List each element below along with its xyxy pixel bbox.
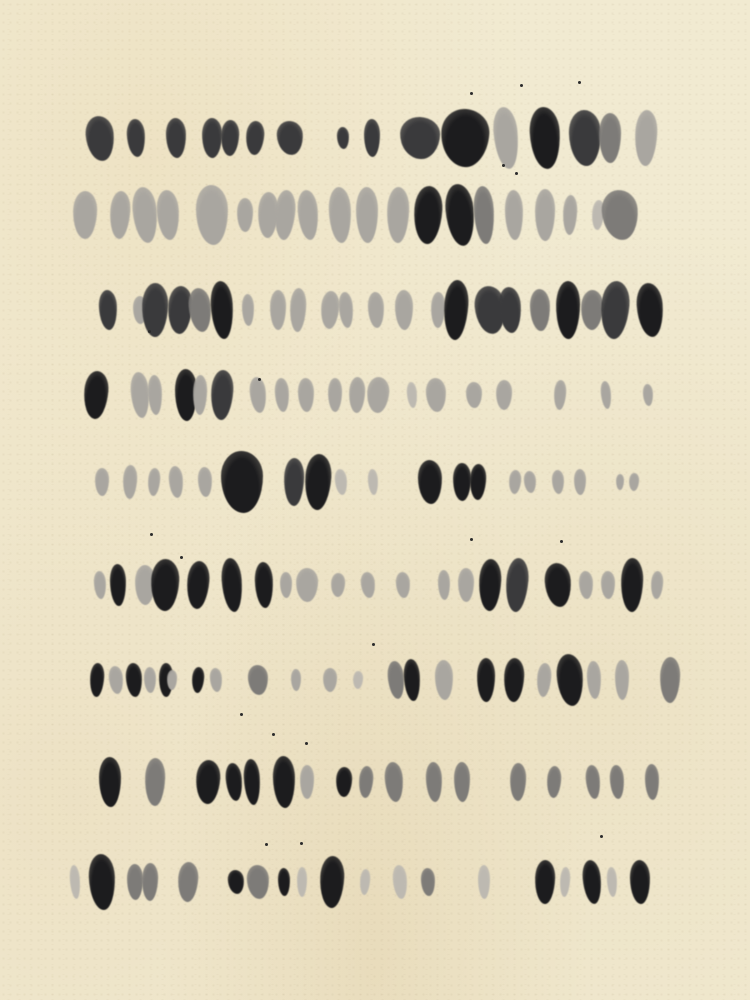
ink-dab — [283, 458, 305, 507]
ink-dab — [442, 279, 470, 341]
ink-speck — [520, 84, 523, 87]
ink-dab — [110, 564, 127, 606]
ink-speck — [372, 643, 375, 646]
ink-dab — [356, 187, 378, 243]
ink-dab — [337, 127, 350, 149]
ink-dab — [95, 468, 109, 496]
ink-row-4 — [0, 395, 750, 396]
ink-dab — [620, 558, 644, 613]
ink-dab — [209, 280, 234, 339]
ink-dab — [328, 378, 343, 412]
ink-dab — [569, 110, 602, 167]
ink-dab — [220, 557, 244, 612]
ink-dab — [144, 758, 166, 807]
ink-dab — [192, 375, 207, 415]
ink-dab — [273, 189, 297, 241]
ink-dab — [126, 119, 146, 158]
ink-dab — [88, 854, 116, 911]
ink-dab — [635, 282, 665, 338]
ink-dab — [367, 292, 384, 329]
ink-speck — [258, 378, 261, 381]
ink-dab — [108, 665, 124, 694]
ink-dab — [386, 660, 405, 699]
ink-speck — [148, 330, 151, 333]
ink-dab — [466, 382, 482, 408]
ink-dab — [634, 109, 659, 166]
ink-dab — [478, 865, 490, 899]
ink-speck — [180, 556, 183, 559]
ink-row-6 — [0, 585, 750, 586]
ink-dab — [270, 290, 287, 330]
ink-dab — [478, 558, 503, 611]
ink-dab — [536, 662, 553, 697]
ink-dab — [454, 762, 470, 802]
ink-dab — [69, 865, 81, 900]
ink-dab — [546, 766, 562, 799]
ink-speck — [600, 835, 603, 838]
ink-dab — [421, 868, 436, 896]
ink-dab — [127, 864, 143, 900]
ink-dab — [334, 469, 348, 496]
ink-row-1 — [0, 138, 750, 139]
ink-dab — [194, 759, 221, 805]
ink-dab — [645, 764, 660, 800]
ink-dab — [237, 198, 254, 232]
ink-dab — [296, 189, 319, 240]
ink-speck — [265, 843, 268, 846]
ink-dab — [458, 568, 475, 602]
ink-dab — [586, 661, 601, 699]
ink-dab — [187, 287, 213, 333]
ink-speck — [150, 533, 153, 536]
ink-dab — [72, 191, 98, 240]
ink-dab — [600, 189, 639, 241]
ink-dab — [581, 859, 603, 904]
ink-dab — [185, 560, 211, 610]
ink-dab — [562, 195, 578, 236]
ink-dab — [131, 186, 160, 244]
ink-dab — [367, 469, 378, 495]
ink-dab — [197, 467, 212, 497]
ink-dab — [245, 120, 266, 155]
ink-dab — [280, 572, 292, 598]
ink-dab — [574, 469, 586, 495]
ink-dab — [528, 106, 561, 169]
ink-dab — [505, 190, 524, 240]
ink-dab — [166, 118, 187, 158]
ink-row-3 — [0, 310, 750, 311]
ink-dab — [358, 765, 375, 798]
ink-dab — [509, 763, 526, 802]
ink-speck — [502, 164, 505, 167]
ink-speck — [560, 540, 563, 543]
ink-dab — [303, 453, 333, 511]
ink-dab — [503, 658, 525, 703]
ink-dab — [144, 667, 156, 693]
ink-dab — [364, 119, 380, 157]
ink-dab — [439, 107, 491, 168]
ink-row-2 — [0, 215, 750, 216]
ink-dab — [247, 665, 268, 696]
ink-dab — [156, 189, 181, 240]
ink-dab — [274, 378, 290, 413]
ink-dab — [601, 571, 615, 599]
ink-dab — [195, 185, 228, 246]
ink-dab — [166, 670, 177, 690]
ink-dab — [392, 865, 408, 900]
ink-dab — [122, 465, 138, 500]
ink-dab — [508, 470, 522, 495]
ink-dab — [84, 114, 116, 161]
ink-dab — [147, 468, 161, 497]
ink-dab — [616, 474, 625, 490]
ink-dab — [365, 376, 390, 414]
ink-dab — [435, 660, 454, 700]
ink-dab — [150, 558, 181, 611]
ink-dab — [399, 116, 440, 159]
ink-dab — [141, 283, 169, 338]
ink-dab — [425, 762, 442, 803]
ink-dab — [273, 756, 296, 808]
ink-dab — [395, 572, 410, 599]
ink-dab — [615, 660, 629, 700]
ink-dab — [141, 863, 158, 902]
ink-dab — [650, 571, 664, 600]
ink-dab — [168, 466, 184, 499]
ink-dab — [360, 571, 376, 598]
ink-dab — [278, 868, 290, 896]
ink-dab — [242, 294, 255, 326]
ink-dab — [224, 762, 243, 801]
ink-dab — [642, 384, 653, 406]
ink-dab — [359, 869, 371, 896]
ink-dab — [438, 570, 451, 600]
ink-dab — [530, 289, 551, 331]
ink-dab — [335, 767, 353, 798]
ink-dab — [298, 378, 315, 412]
ink-dab — [553, 380, 567, 411]
ink-dab — [504, 557, 531, 613]
ink-row-5 — [0, 482, 750, 483]
ink-dab — [254, 562, 274, 609]
ink-row-8 — [0, 782, 750, 783]
ink-dab — [98, 290, 117, 331]
ink-dab — [108, 190, 131, 239]
ink-dab — [221, 451, 263, 513]
ink-dab — [469, 464, 487, 501]
ink-dab — [99, 757, 121, 807]
ink-dab — [659, 657, 681, 704]
ink-dab — [555, 281, 580, 339]
ink-dab — [82, 370, 110, 420]
ink-dab — [628, 473, 639, 492]
ink-dab — [248, 376, 267, 413]
ink-speck — [272, 733, 275, 736]
ink-row-7 — [0, 680, 750, 681]
ink-dab — [477, 658, 496, 702]
ink-dab — [319, 855, 346, 908]
ink-dab — [534, 860, 556, 905]
ink-dab — [177, 861, 200, 902]
ink-dab — [246, 864, 270, 899]
ink-dab — [125, 663, 143, 698]
ink-speck — [240, 713, 243, 716]
ink-speck — [578, 81, 581, 84]
ink-dab — [418, 460, 443, 504]
ink-dab — [543, 562, 572, 608]
ink-dab — [202, 118, 223, 158]
ink-speck — [470, 92, 473, 95]
ink-speck — [305, 742, 308, 745]
ink-dab — [609, 765, 625, 800]
ink-dab — [412, 185, 444, 245]
ink-dab — [93, 571, 106, 600]
ink-dab — [453, 463, 472, 501]
ink-dab — [319, 290, 340, 329]
ink-dab — [147, 375, 162, 415]
ink-dab — [491, 106, 520, 170]
ink-dab — [330, 573, 346, 598]
ink-dab — [443, 183, 476, 247]
ink-dab — [297, 867, 308, 897]
ink-dab — [403, 659, 421, 702]
ink-dab — [395, 290, 413, 330]
ink-dab — [243, 759, 261, 806]
ink-speck — [470, 538, 473, 541]
ink-speck — [515, 172, 518, 175]
ink-dab — [579, 571, 594, 599]
ink-dab — [89, 663, 105, 698]
ink-dab — [599, 280, 632, 340]
ink-dab — [220, 120, 240, 157]
ink-dab — [406, 382, 418, 409]
ink-dab — [209, 369, 234, 420]
ink-dab — [191, 667, 205, 694]
ink-dab — [227, 869, 245, 894]
ink-dab — [472, 186, 495, 245]
ink-dab — [535, 189, 556, 241]
ink-dab — [552, 470, 565, 494]
ink-dab — [386, 187, 410, 244]
ink-dab — [630, 860, 651, 904]
ink-dab — [585, 764, 602, 799]
ink-dab — [559, 867, 571, 898]
ink-dab — [291, 669, 301, 691]
ink-dab — [606, 867, 618, 897]
ink-dab — [209, 668, 223, 693]
ink-dab — [555, 653, 585, 707]
ink-dab — [328, 187, 352, 244]
artwork-canvas — [0, 0, 750, 1000]
ink-dab — [295, 568, 318, 603]
ink-speck — [300, 842, 303, 845]
ink-dab — [600, 381, 612, 410]
ink-dab — [289, 288, 307, 333]
ink-dab — [425, 378, 446, 413]
ink-dab — [300, 765, 315, 799]
ink-dab — [599, 113, 622, 163]
ink-dab — [276, 120, 304, 156]
ink-dab — [523, 471, 537, 494]
ink-row-9 — [0, 882, 750, 883]
ink-dab — [338, 292, 354, 329]
ink-dab — [352, 671, 363, 690]
ink-dab — [348, 377, 366, 414]
ink-dab — [495, 380, 512, 411]
ink-dab — [323, 668, 338, 692]
ink-dab — [384, 761, 405, 802]
